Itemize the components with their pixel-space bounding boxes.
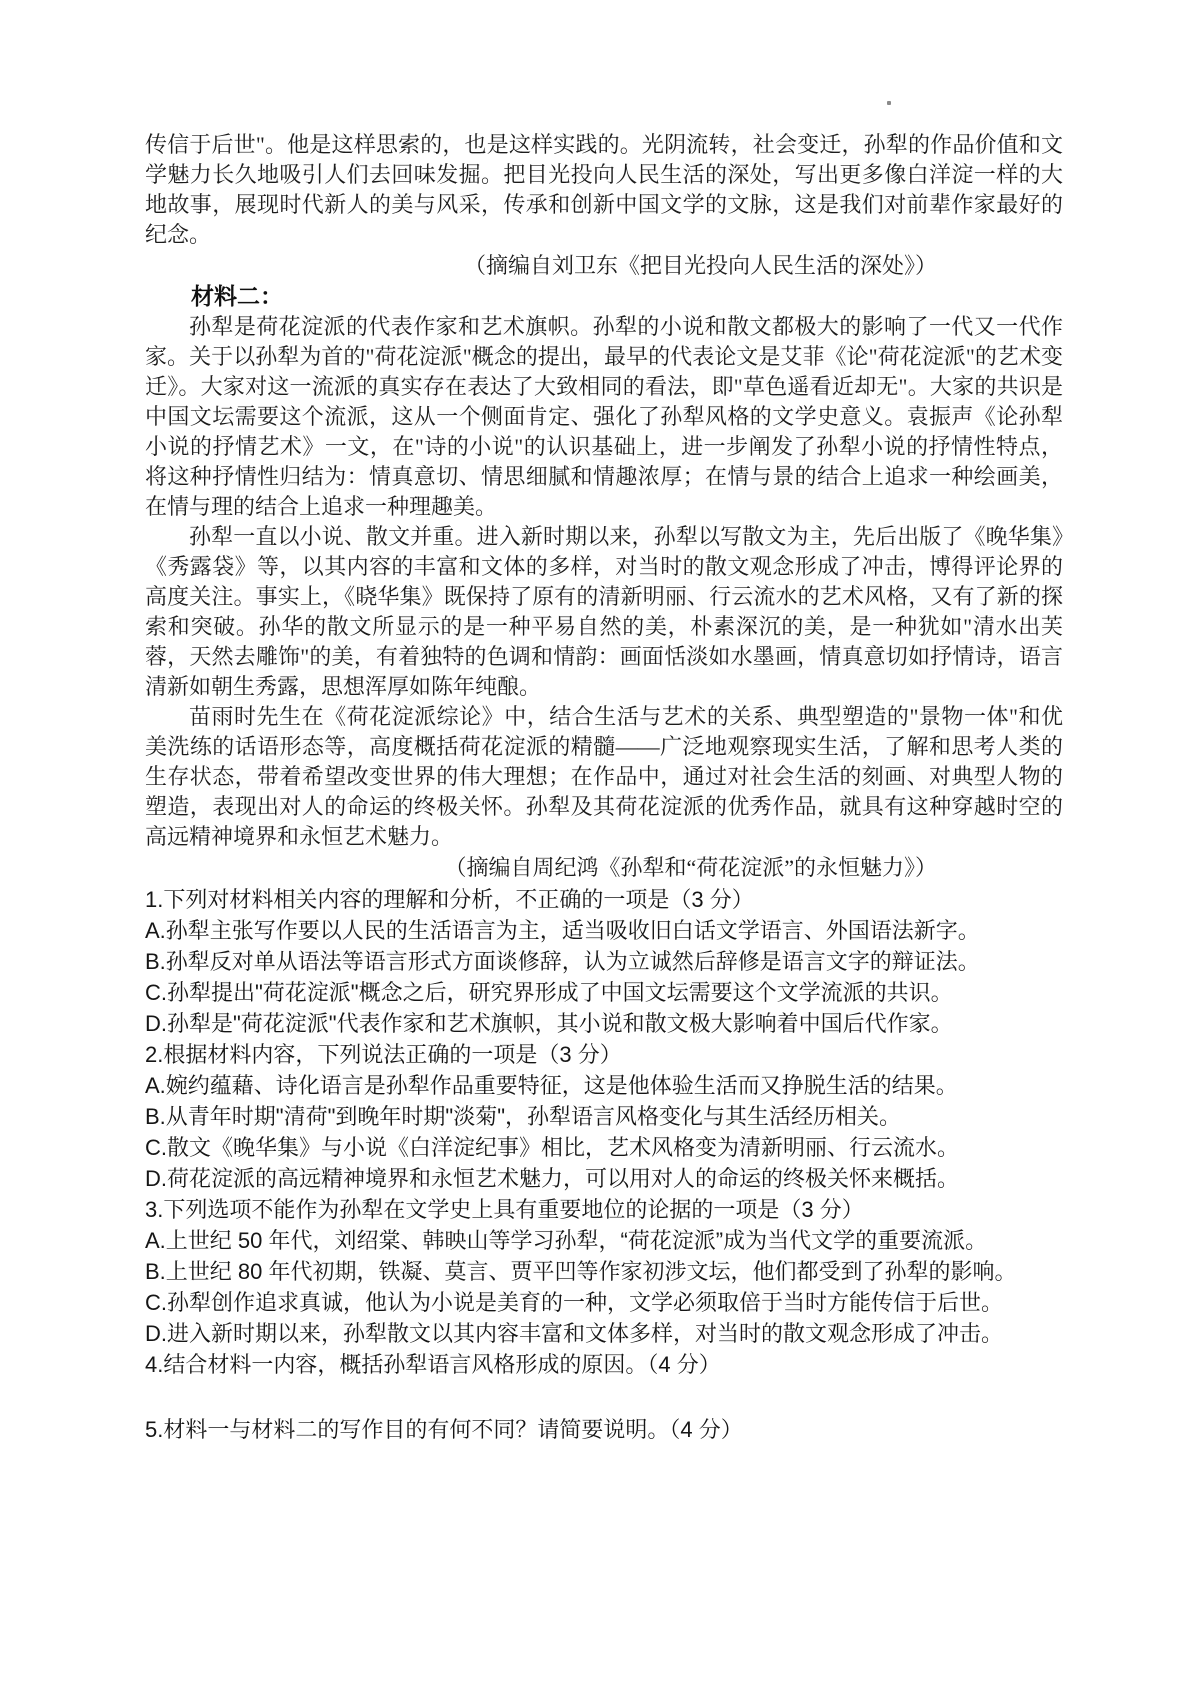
material-two-paragraph-2: 孙犁一直以小说、散文并重。进入新时期以来，孙犁以写散文为主，先后出版了《晚华集》… [145,522,1063,702]
question-5-stem: 5.材料一与材料二的写作目的有何不同？请简要说明。（4 分） [145,1414,1063,1445]
question-2-stem: 2.根据材料内容，下列说法正确的一项是（3 分） [145,1039,1063,1070]
speck-artifact [887,101,891,105]
question-2-option-b: B.从青年时期"清荷"到晚年时期"淡菊"，孙犁语言风格变化与其生活经历相关。 [145,1101,1063,1132]
question-3-option-c: C.孙犁创作追求真诚，他认为小说是美育的一种，文学必须取倍于当时方能传信于后世。 [145,1287,1063,1318]
question-1-option-a: A.孙犁主张写作要以人民的生活语言为主，适当吸收旧白话文学语言、外国语法新字。 [145,915,1063,946]
question-4: 4.结合材料一内容，概括孙犁语言风格形成的原因。（4 分） [145,1349,1063,1380]
question-2-option-a: A.婉约蕴藉、诗化语言是孙犁作品重要特征，这是他体验生活而又挣脱生活的结果。 [145,1070,1063,1101]
attribution-material-one: （摘编自刘卫东《把目光投向人民生活的深处》） [145,250,1063,281]
question-1-option-d: D.孙犁是"荷花淀派"代表作家和艺术旗帜，其小说和散文极大影响着中国后代作家。 [145,1008,1063,1039]
question-3-stem: 3.下列选项不能作为孙犁在文学史上具有重要地位的论据的一项是（3 分） [145,1194,1063,1225]
question-4-stem: 4.结合材料一内容，概括孙犁语言风格形成的原因。（4 分） [145,1349,1063,1380]
page-content: 传信于后世"。他是这样思索的，也是这样实践的。光阴流转，社会变迁，孙犁的作品价值… [145,130,1063,1445]
question-1-option-c: C.孙犁提出"荷花淀派"概念之后，研究界形成了中国文坛需要这个文学流派的共识。 [145,977,1063,1008]
question-1: 1.下列对材料相关内容的理解和分析，不正确的一项是（3 分） A.孙犁主张写作要… [145,884,1063,1039]
question-3: 3.下列选项不能作为孙犁在文学史上具有重要地位的论据的一项是（3 分） A.上世… [145,1194,1063,1349]
question-2: 2.根据材料内容，下列说法正确的一项是（3 分） A.婉约蕴藉、诗化语言是孙犁作… [145,1039,1063,1194]
question-2-option-c: C.散文《晚华集》与小说《白洋淀纪事》相比，艺术风格变为清新明丽、行云流水。 [145,1132,1063,1163]
material-two-paragraph-1: 孙犁是荷花淀派的代表作家和艺术旗帜。孙犁的小说和散文都极大的影响了一代又一代作家… [145,312,1063,522]
exam-page: 传信于后世"。他是这样思索的，也是这样实践的。光阴流转，社会变迁，孙犁的作品价值… [0,0,1200,1698]
attribution-material-two: （摘编自周纪鸿《孙犁和“荷花淀派”的永恒魅力》） [145,852,1063,883]
question-1-option-b: B.孙犁反对单从语法等语言形式方面谈修辞，认为立诚然后辞修是语言文字的辩证法。 [145,946,1063,977]
question-5: 5.材料一与材料二的写作目的有何不同？请简要说明。（4 分） [145,1414,1063,1445]
question-3-option-a: A.上世纪 50 年代，刘绍棠、韩映山等学习孙犁，“荷花淀派”成为当代文学的重要… [145,1225,1063,1256]
material-one-continuation: 传信于后世"。他是这样思索的，也是这样实践的。光阴流转，社会变迁，孙犁的作品价值… [145,130,1063,250]
question-3-option-b: B.上世纪 80 年代初期，铁凝、莫言、贾平凹等作家初涉文坛，他们都受到了孙犁的… [145,1256,1063,1287]
question-1-stem: 1.下列对材料相关内容的理解和分析，不正确的一项是（3 分） [145,884,1063,915]
material-two-paragraph-3: 苗雨时先生在《荷花淀派综论》中，结合生活与艺术的关系、典型塑造的"景物一体"和优… [145,702,1063,852]
material-two-heading: 材料二： [145,281,1063,312]
question-2-option-d: D.荷花淀派的高远精神境界和永恒艺术魅力，可以用对人的命运的终极关怀来概括。 [145,1163,1063,1194]
question-3-option-d: D.进入新时期以来，孙犁散文以其内容丰富和文体多样，对当时的散文观念形成了冲击。 [145,1318,1063,1349]
questions-section: 1.下列对材料相关内容的理解和分析，不正确的一项是（3 分） A.孙犁主张写作要… [145,884,1063,1445]
